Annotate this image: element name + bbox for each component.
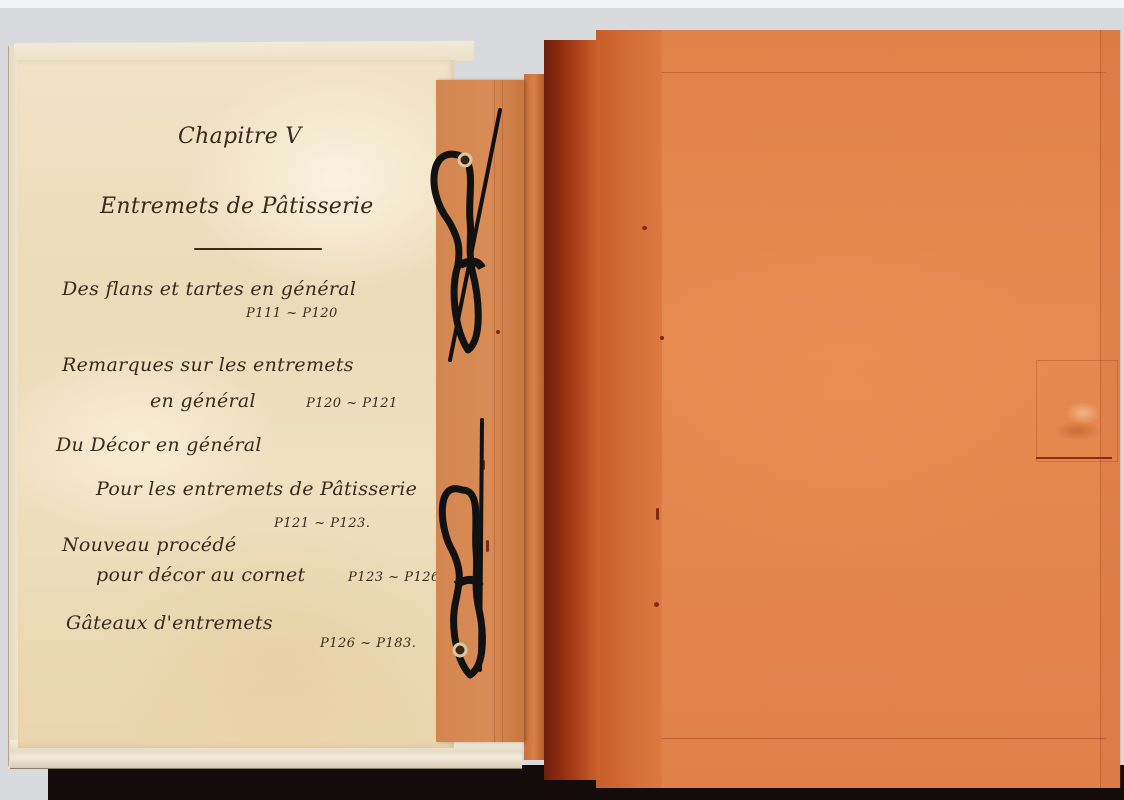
entry-4-text: Nouveau procédé bbox=[62, 534, 236, 556]
upper-cord-tie-icon bbox=[420, 100, 520, 380]
entry-1-text: Des flans et tartes en général bbox=[62, 278, 356, 300]
entry-5-text: Gâteaux d'entremets bbox=[66, 612, 273, 634]
entry-2-pages: P120 ~ P121 bbox=[306, 396, 398, 411]
stain-speck bbox=[642, 226, 647, 230]
entry-2-text-cont: en général bbox=[150, 390, 256, 412]
title-underline bbox=[194, 248, 322, 250]
cover-tab-line bbox=[1036, 457, 1112, 459]
binding-fold bbox=[524, 74, 544, 760]
stain-speck bbox=[660, 336, 664, 340]
lower-cord-tie-icon bbox=[420, 410, 520, 700]
stain-speck bbox=[656, 508, 659, 520]
cover-hinge bbox=[596, 30, 662, 788]
entry-3-text: Du Décor en général bbox=[56, 434, 262, 456]
chapter-title: Chapitre V bbox=[178, 124, 302, 149]
entry-1-pages: P111 ~ P120 bbox=[246, 306, 338, 321]
backdrop-top bbox=[0, 0, 1124, 8]
right-cover bbox=[596, 30, 1120, 788]
section-title: Entremets de Pâtisserie bbox=[100, 194, 374, 219]
stain-speck bbox=[654, 602, 659, 607]
cover-tab-patch bbox=[1036, 360, 1118, 462]
cover-flap-bottom bbox=[662, 738, 1106, 789]
cover-flap-top bbox=[662, 30, 1106, 73]
handwritten-page: Chapitre V Entremets de Pâtisserie Des f… bbox=[18, 60, 454, 748]
entry-2-text: Remarques sur les entremets bbox=[62, 354, 354, 376]
entry-4-text-cont: pour décor au cornet bbox=[96, 564, 305, 586]
spine-shadow bbox=[544, 40, 600, 780]
notebook-photo: Chapitre V Entremets de Pâtisserie Des f… bbox=[0, 0, 1124, 800]
entry-3-pages: P121 ~ P123. bbox=[274, 516, 370, 531]
entry-3-text-cont: Pour les entremets de Pâtisserie bbox=[96, 478, 417, 500]
entry-5-pages: P126 ~ P183. bbox=[320, 636, 416, 651]
